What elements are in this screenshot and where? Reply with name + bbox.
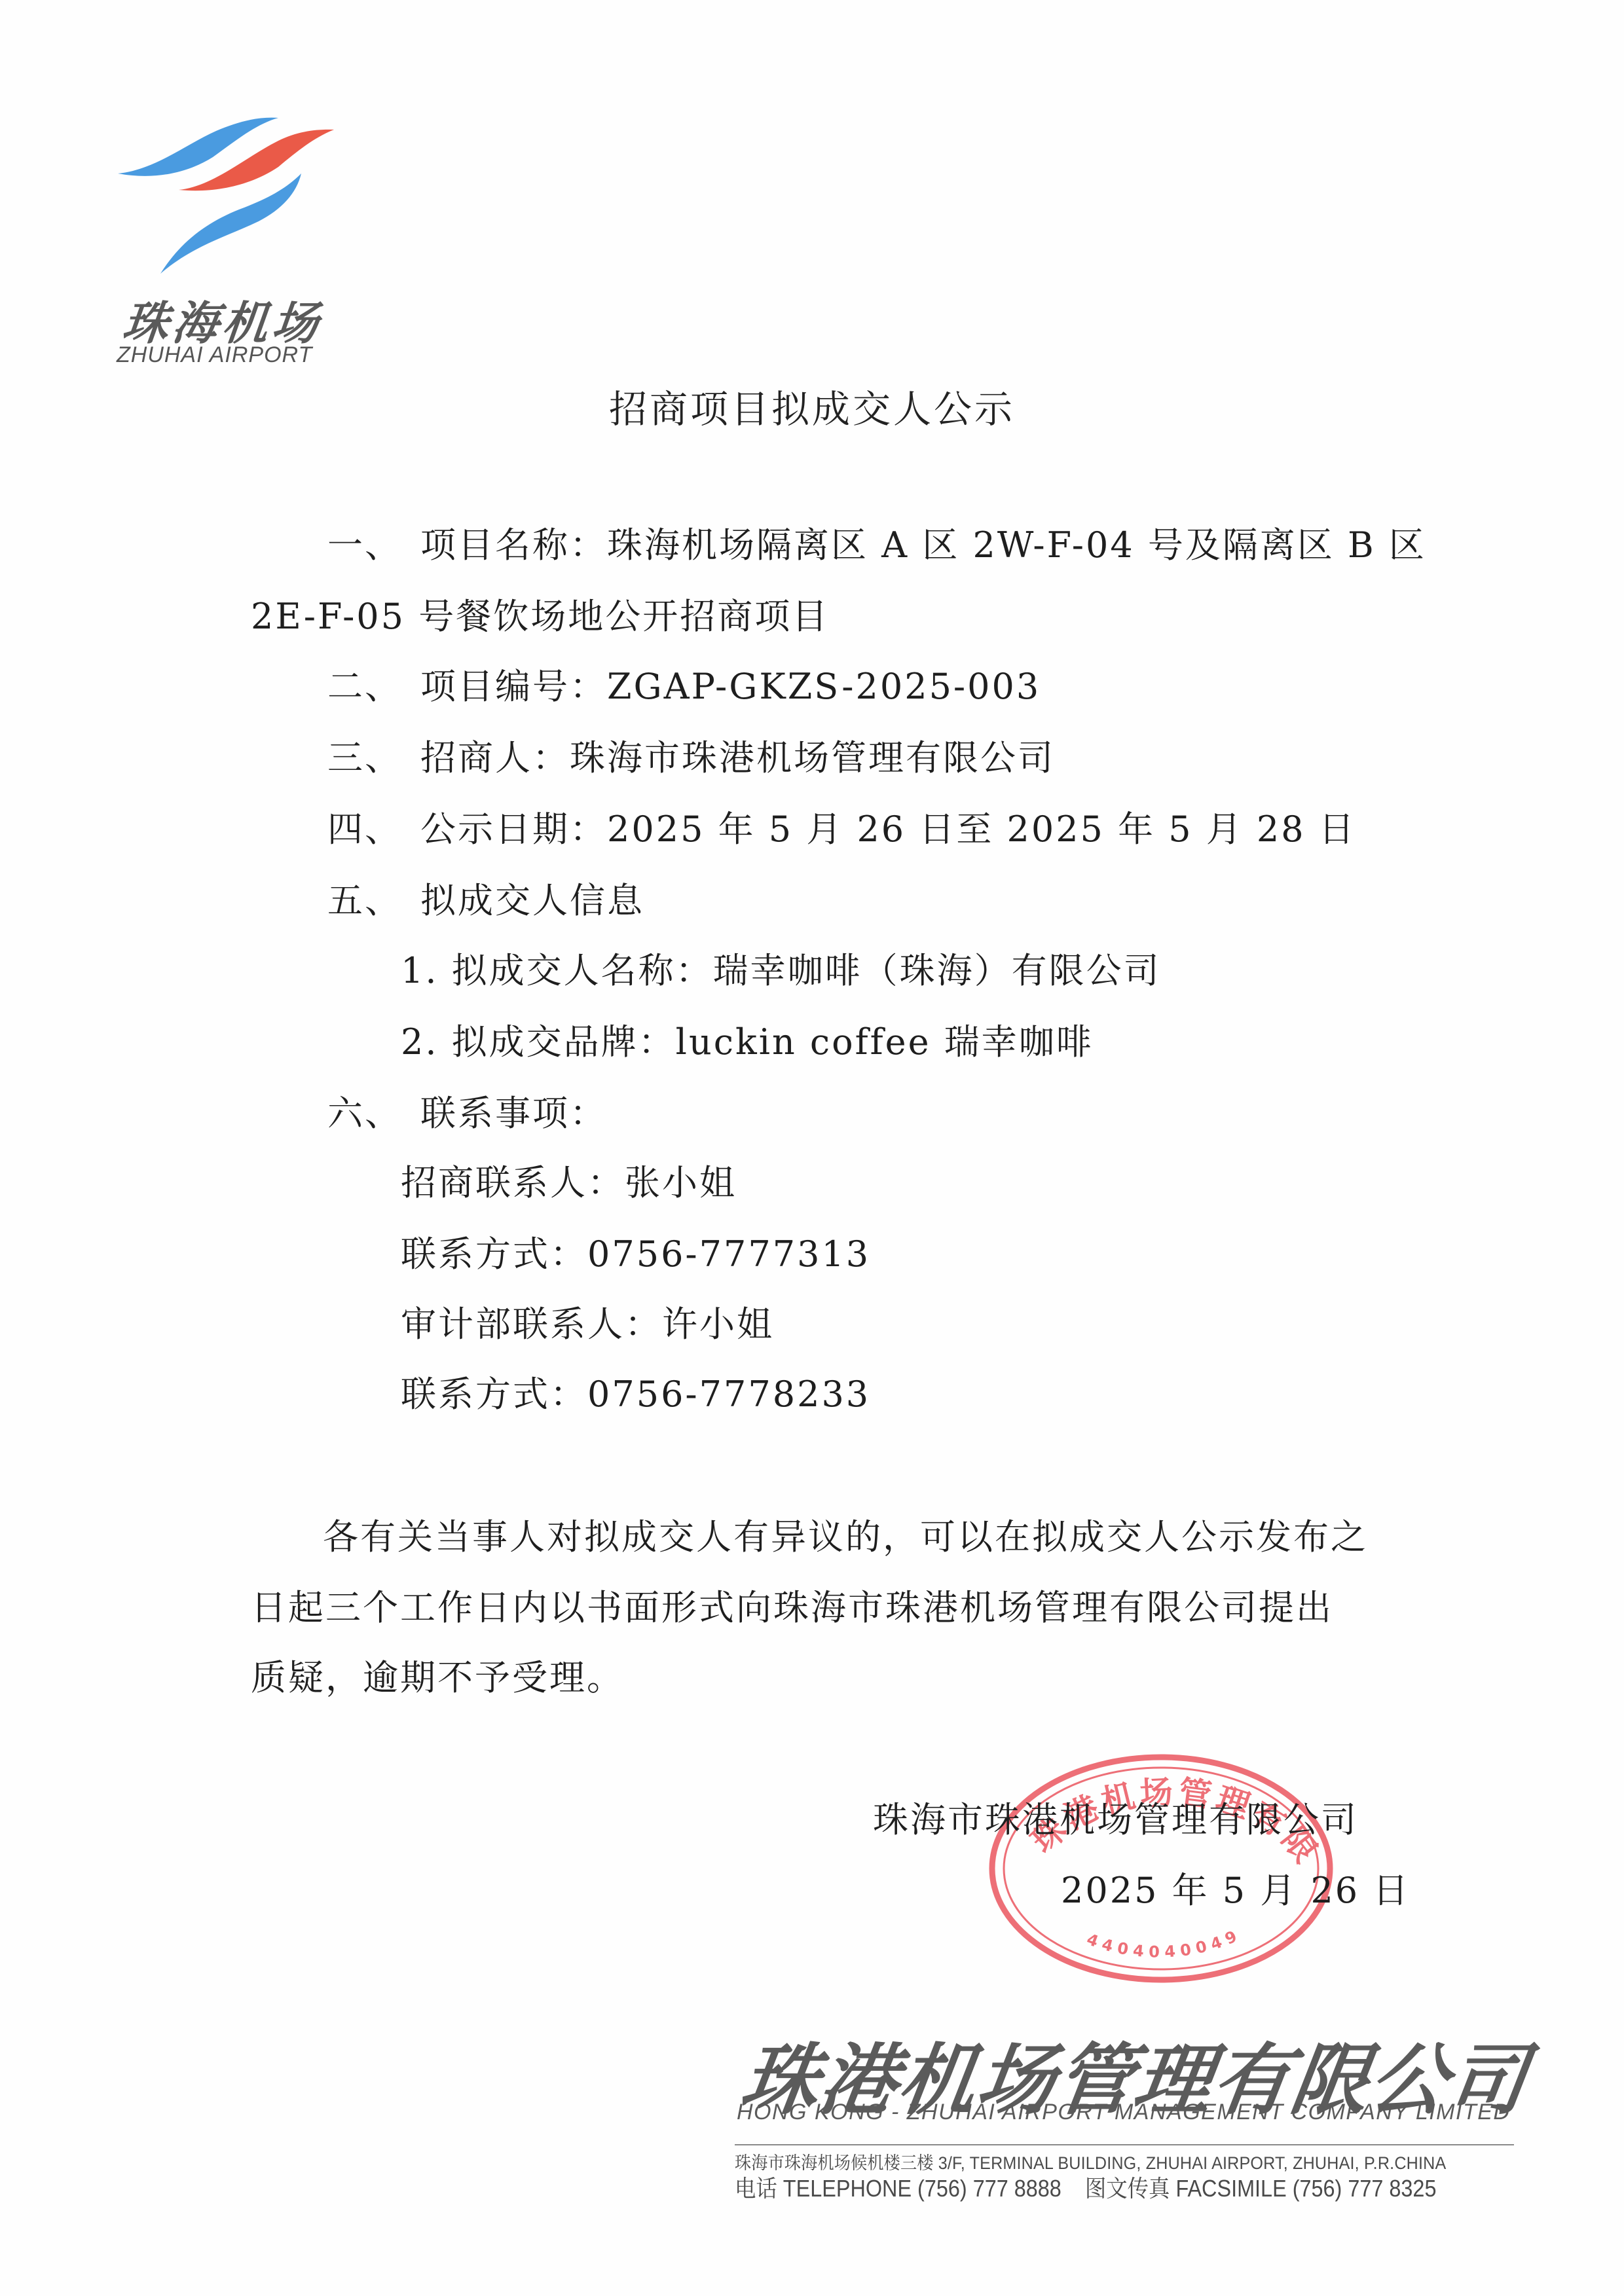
- notice-line-2: 日起三个工作日内以书面形式向珠海市珠港机场管理有限公司提出: [251, 1587, 1333, 1629]
- footer-contact: 电话 TELEPHONE (756) 777 8888图文传真 FACSIMIL…: [735, 2170, 1436, 2204]
- footer-company-english: HONG KONG - ZHUHAI AIRPORT MANAGEMENT CO…: [737, 2100, 1510, 2125]
- section-project-name: 一、项目名称：珠海机场隔离区 A 区 2W-F-04 号及隔离区 B 区: [327, 524, 1426, 566]
- section-label: 公示日期：: [420, 809, 607, 850]
- section-label: 联系事项：: [420, 1093, 607, 1134]
- contact-person-audit: 审计部联系人：许小姐: [401, 1303, 774, 1345]
- section-project-name-continued: 2E-F-05 号餐饮场地公开招商项目: [251, 596, 829, 638]
- contact-person-leasing: 招商联系人：张小姐: [401, 1162, 737, 1204]
- footer-divider: [735, 2144, 1514, 2145]
- section-value: 2E-F-05 号餐饮场地公开招商项目: [251, 596, 829, 637]
- section-number: 二、: [327, 666, 420, 708]
- notice-line-1: 各有关当事人对拟成交人有异议的，可以在拟成交人公示发布之: [323, 1516, 1368, 1558]
- section-label: 项目名称：: [420, 524, 607, 566]
- section-value: 2025 年 5 月 26 日至 2025 年 5 月 28 日: [607, 809, 1356, 850]
- section-tenderer: 三、招商人：珠海市珠港机场管理有限公司: [327, 737, 1055, 779]
- section-number: 三、: [327, 737, 420, 779]
- section-project-number: 二、项目编号：ZGAP-GKZS-2025-003: [327, 666, 1041, 708]
- footer-telephone: 电话 TELEPHONE (756) 777 8888: [735, 2175, 1061, 2202]
- logo-english-name: ZHUHAI AIRPORT: [117, 342, 312, 368]
- section-publicity-date: 四、公示日期：2025 年 5 月 26 日至 2025 年 5 月 28 日: [327, 809, 1356, 850]
- section-number: 四、: [327, 809, 420, 850]
- page-title: 招商项目拟成交人公示: [0, 378, 1624, 433]
- section-number: 六、: [327, 1093, 420, 1135]
- zhuhai-airport-logo-icon: [115, 111, 337, 282]
- notice-line-3: 质疑，逾期不予受理。: [251, 1657, 624, 1699]
- section-contact-info: 六、联系事项：: [327, 1093, 607, 1135]
- section-label: 招商人：: [420, 737, 570, 778]
- section-label: 项目编号：: [420, 666, 607, 707]
- section-winning-bidder-info: 五、拟成交人信息: [327, 880, 644, 922]
- section-number: 一、: [327, 524, 420, 566]
- signature-date: 2025 年 5 月 26 日: [1061, 1870, 1410, 1912]
- section-value: ZGAP-GKZS-2025-003: [607, 666, 1041, 707]
- section-value: 珠海市珠港机场管理有限公司: [570, 737, 1055, 778]
- footer-fax: 图文传真 FACSIMILE (756) 777 8325: [1085, 2175, 1437, 2202]
- section-value: 珠海机场隔离区 A 区 2W-F-04 号及隔离区 B 区: [607, 524, 1426, 566]
- contact-phone-leasing: 联系方式：0756-7777313: [401, 1233, 870, 1275]
- company-seal-stamp-icon: 珠港机场管理有限公司 4404040049416: [987, 1753, 1335, 1984]
- section-number: 五、: [327, 880, 420, 922]
- signature-company: 珠海市珠港机场管理有限公司: [873, 1799, 1358, 1841]
- section-label: 拟成交人信息: [420, 880, 644, 921]
- document-page: 珠海机场 ZHUHAI AIRPORT 招商项目拟成交人公示 一、项目名称：珠海…: [0, 0, 1624, 2296]
- contact-phone-audit: 联系方式：0756-7778233: [401, 1374, 870, 1415]
- bidder-brand-item: 2. 拟成交品牌：luckin coffee 瑞幸咖啡: [401, 1021, 1094, 1063]
- bidder-name-item: 1. 拟成交人名称：瑞幸咖啡（珠海）有限公司: [401, 950, 1161, 992]
